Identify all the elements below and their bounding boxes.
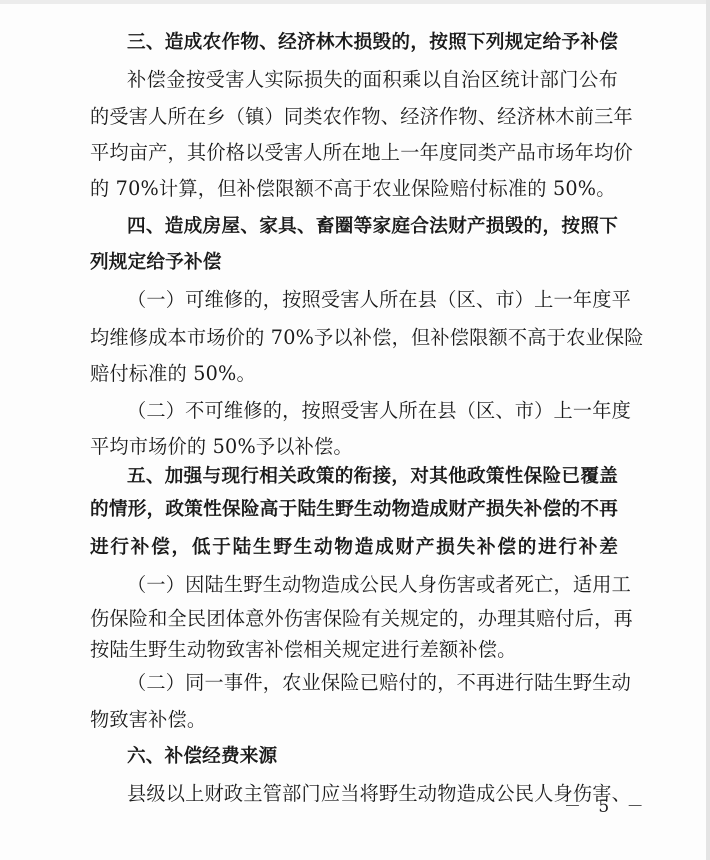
body-text-line: 伤保险和全民团体意外伤害保险有关规定的，办理其赔付后，再 bbox=[90, 604, 618, 634]
body-text-line: （二）不可维修的，按照受害人所在县（区、市）上一年度 bbox=[127, 396, 618, 426]
body-text-line: 的受害人所在乡（镇）同类农作物、经济作物、经济林木前三年 bbox=[90, 102, 618, 132]
section-heading-line: 列规定给予补偿 bbox=[90, 248, 618, 278]
page-right-edge bbox=[706, 0, 710, 860]
body-text-line: 县级以上财政主管部门应当将野生动物造成公民人身伤害、 bbox=[127, 779, 618, 809]
section-heading-line: 进行补偿，低于陆生野生动物造成财产损失补偿的进行补差 bbox=[90, 533, 618, 563]
body-text-line: （一）因陆生野生动物造成公民人身伤害或者死亡，适用工 bbox=[127, 570, 618, 600]
body-text-line: 补偿金按受害人实际损失的面积乘以自治区统计部门公布 bbox=[127, 65, 618, 95]
page-number: － 5 － bbox=[564, 792, 650, 817]
section-heading-line: 三、造成农作物、经济林木损毁的，按照下列规定给予补偿 bbox=[127, 28, 618, 58]
body-text-line: （一）可维修的，按照受害人所在县（区、市）上一年度平 bbox=[127, 285, 618, 315]
section-heading-line: 六、补偿经费来源 bbox=[127, 742, 618, 772]
body-text-line: （二）同一事件，农业保险已赔付的，不再进行陆生野生动 bbox=[127, 668, 618, 698]
body-text-line: 物致害补偿。 bbox=[90, 705, 618, 735]
section-heading-line: 五、加强与现行相关政策的衔接，对其他政策性保险已覆盖 bbox=[127, 462, 618, 492]
section-heading-line: 四、造成房屋、家具、畜圈等家庭合法财产损毁的，按照下 bbox=[127, 212, 618, 242]
body-text-line: 平均市场价的 50%予以补偿。 bbox=[90, 432, 618, 462]
body-text-line: 按陆生野生动物致害补偿相关规定进行差额补偿。 bbox=[90, 635, 618, 665]
body-text-line: 平均亩产，其价格以受害人所在地上一年度同类产品市场年均价 bbox=[90, 138, 618, 168]
section-heading-line: 的情形，政策性保险高于陆生野生动物造成财产损失补偿的不再 bbox=[90, 495, 618, 525]
body-text-line: 均维修成本市场价的 70%予以补偿，但补偿限额不高于农业保险 bbox=[90, 323, 618, 353]
page-top-edge bbox=[0, 0, 710, 4]
body-text-line: 的 70%计算，但补偿限额不高于农业保险赔付标准的 50%。 bbox=[90, 174, 618, 204]
body-text-line: 赔付标准的 50%。 bbox=[90, 359, 618, 389]
